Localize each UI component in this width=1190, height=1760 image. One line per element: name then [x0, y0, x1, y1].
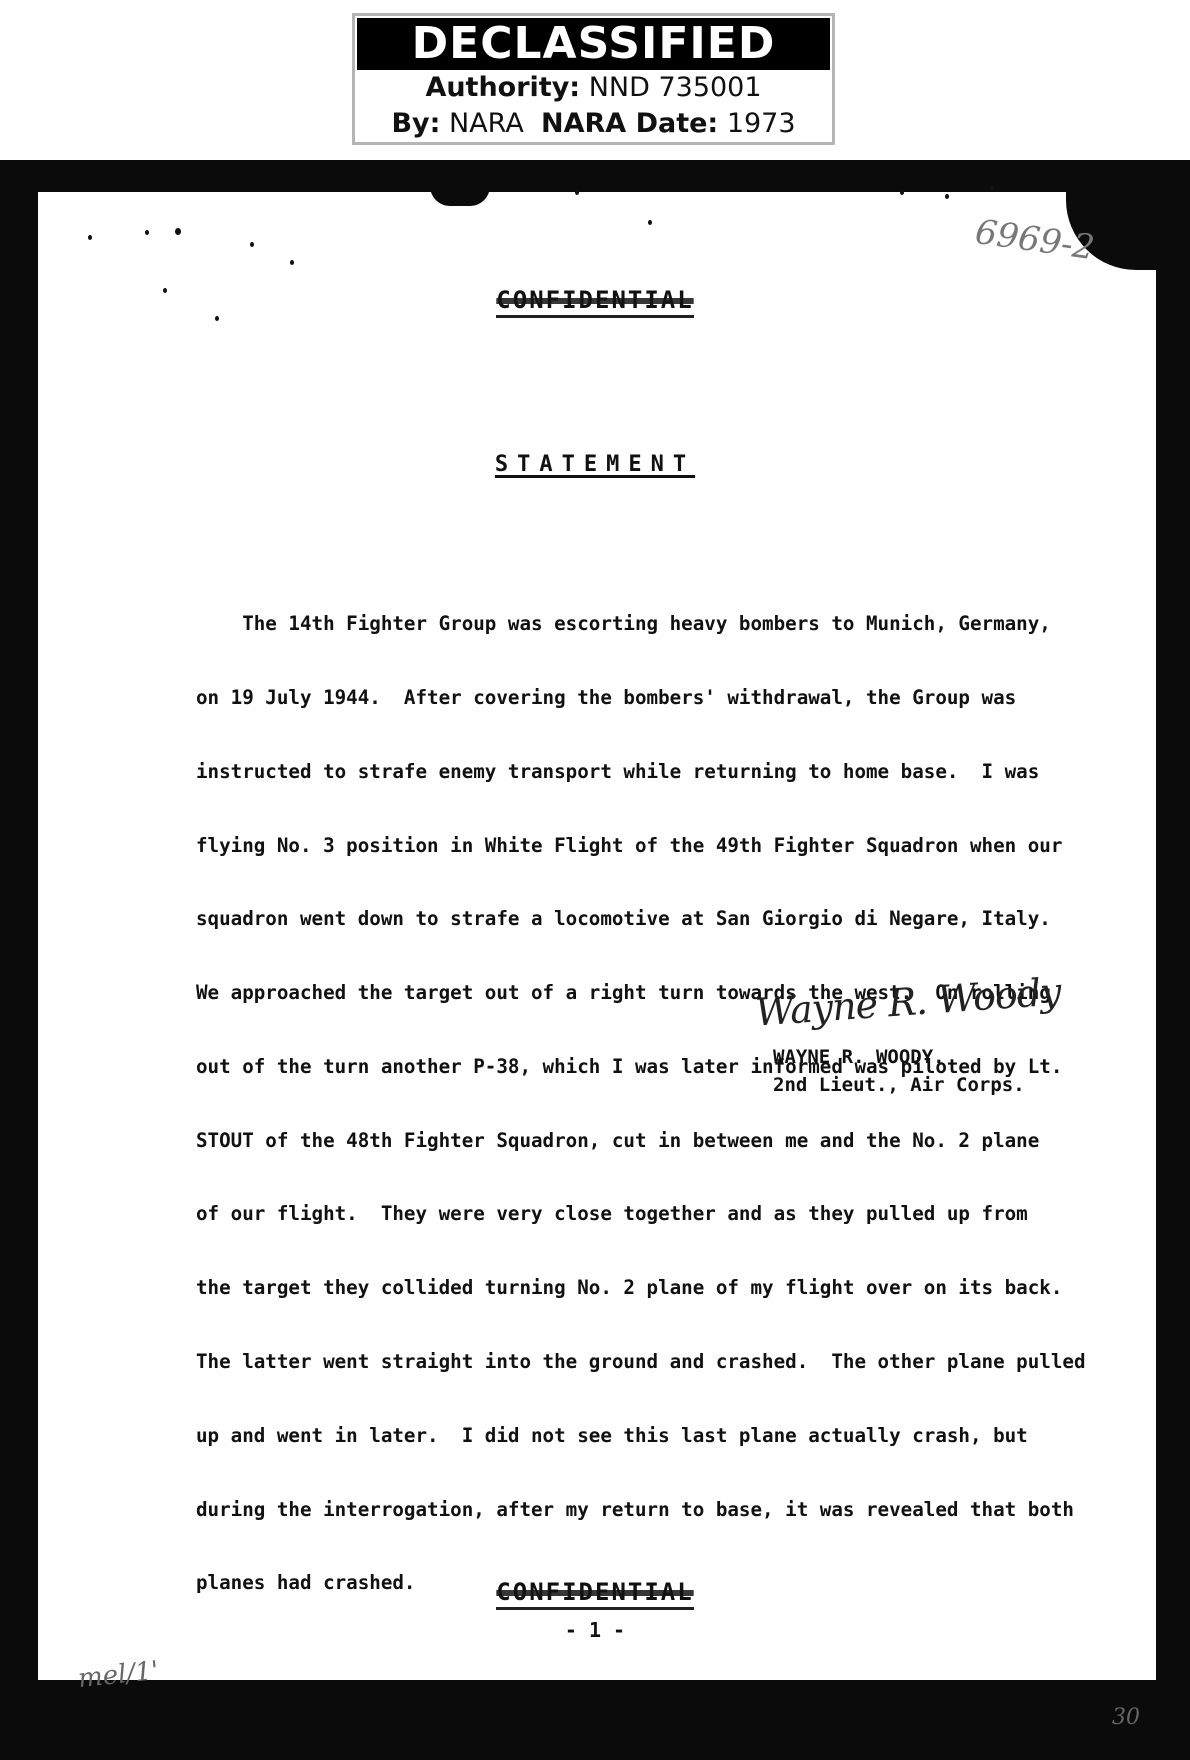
body-line: The latter went straight into the ground… [196, 1350, 1116, 1375]
body-line: on 19 July 1944. After covering the bomb… [196, 686, 1116, 711]
signer-name: WAYNE R. WOODY. [773, 1043, 1025, 1071]
scan-speck [215, 316, 219, 321]
body-line: instructed to strafe enemy transport whi… [196, 760, 1116, 785]
by-label: By: [391, 108, 440, 139]
scan-speck [250, 242, 254, 247]
classification-top: CONFIDENTIAL [0, 286, 1190, 314]
scan-speck [990, 186, 994, 191]
body-line: flying No. 3 position in White Flight of… [196, 834, 1116, 859]
declassified-stamp: DECLASSIFIED Authority: NND 735001 By: N… [352, 13, 835, 145]
signature-block: WAYNE R. WOODY. 2nd Lieut., Air Corps. [773, 1043, 1025, 1099]
body-line: the target they collided turning No. 2 p… [196, 1276, 1116, 1301]
authority-label: Authority: [425, 72, 580, 103]
scan-speck [648, 220, 652, 225]
date-label: NARA Date: [541, 108, 718, 139]
scan-speck [945, 194, 949, 199]
body-line: STOUT of the 48th Fighter Squadron, cut … [196, 1129, 1116, 1154]
scanned-page-frame: 6969-2 CONFIDENTIAL STATEMENT The 14th F… [0, 160, 1190, 1760]
scan-speck [290, 260, 294, 265]
body-line: The 14th Fighter Group was escorting hea… [196, 612, 1116, 637]
body-line: squadron went down to strafe a locomotiv… [196, 907, 1116, 932]
document-title: STATEMENT [0, 452, 1190, 477]
body-line: during the interrogation, after my retur… [196, 1498, 1116, 1523]
scan-speck [175, 228, 181, 235]
date-value: 1973 [727, 108, 796, 139]
classification-bottom: CONFIDENTIAL [0, 1578, 1190, 1606]
authority-value: NND 735001 [589, 72, 762, 103]
stamp-by-date: By: NARA NARA Date: 1973 [355, 106, 832, 142]
stamp-authority: Authority: NND 735001 [355, 70, 832, 106]
by-value: NARA [449, 108, 524, 139]
signer-rank: 2nd Lieut., Air Corps. [773, 1071, 1025, 1099]
scan-speck [145, 230, 149, 235]
page-number: - 1 - [0, 1618, 1190, 1642]
scan-speck [900, 190, 904, 195]
handwritten-note-right: 30 [1112, 1705, 1140, 1730]
statement-body: The 14th Fighter Group was escorting hea… [196, 563, 1116, 1645]
stamp-title: DECLASSIFIED [357, 18, 830, 70]
body-line: up and went in later. I did not see this… [196, 1424, 1116, 1449]
scan-speck [88, 235, 92, 240]
scan-speck [575, 190, 579, 195]
body-line: of our flight. They were very close toge… [196, 1202, 1116, 1227]
